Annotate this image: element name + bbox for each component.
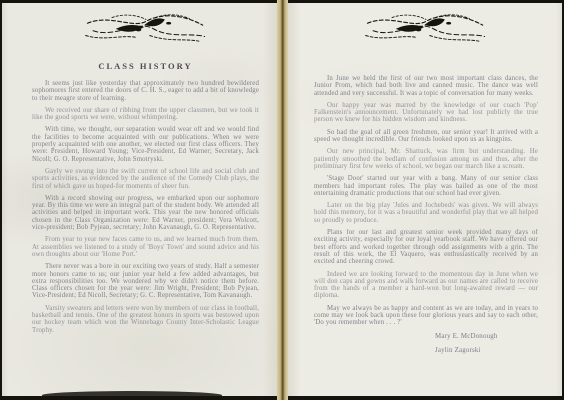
history-paragraph: Later on the big play 'Jules and Jochebe… [314, 202, 538, 224]
page-title: CLASS HISTORY [32, 61, 259, 71]
signature-block: Mary E. McDonough Jaylin Zagorski [435, 333, 538, 354]
signature: Jaylin Zagorski [435, 347, 538, 354]
page-gutter [277, 0, 288, 400]
history-paragraph: We received our share of ribbing from th… [32, 107, 259, 122]
calligraphic-flourish-icon [32, 10, 259, 44]
history-paragraph: There never was a bore in our exciting t… [32, 263, 259, 299]
history-paragraph: Plans for our last and greatest senior w… [314, 229, 538, 265]
page-right: In June we held the first of our two mos… [288, 3, 562, 396]
history-paragraph: In June we held the first of our two mos… [314, 75, 538, 97]
history-paragraph: Varsity sweaters and letters were won by… [32, 305, 259, 334]
scan-edge-shadow [42, 391, 222, 396]
history-paragraph: With a record showing our progress, we e… [32, 195, 259, 231]
book-scan: CLASS HISTORY It seems just like yesterd… [0, 0, 564, 400]
calligraphic-flourish-icon [314, 10, 538, 44]
page-left: CLASS HISTORY It seems just like yesterd… [2, 3, 277, 396]
history-paragraph: It seems just like yesterday that approx… [32, 80, 259, 102]
history-paragraph: So had the goal of all green freshmen, o… [314, 129, 538, 144]
history-paragraph: 'Stage Door' started our year with a ban… [314, 175, 538, 197]
left-page-body: It seems just like yesterday that approx… [32, 80, 259, 334]
history-paragraph: May we always be as happy and content as… [314, 305, 538, 327]
history-paragraph: Gayly we swung into the swift current of… [32, 168, 259, 190]
right-page-body: In June we held the first of our two mos… [314, 75, 538, 354]
signature: Mary E. McDonough [435, 333, 538, 340]
history-paragraph: With time, we thought, our separation wo… [32, 126, 259, 162]
history-paragraph: From year to year new faces came to us, … [32, 236, 259, 258]
history-paragraph: Indeed we are looking forward to the mom… [314, 271, 538, 300]
history-paragraph: Our happy year was marred by the knowled… [314, 102, 538, 124]
history-paragraph: Our new principal, Mr. Shattuck, was fir… [314, 148, 538, 170]
